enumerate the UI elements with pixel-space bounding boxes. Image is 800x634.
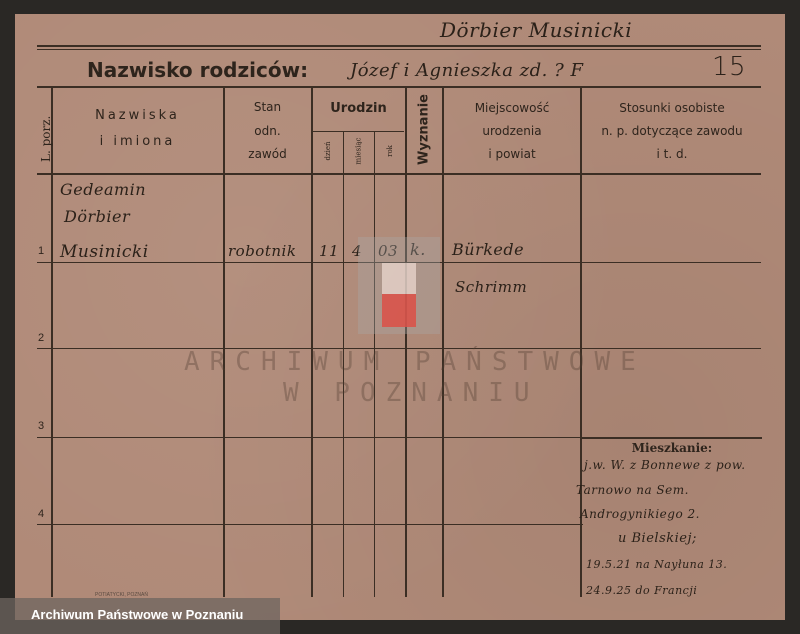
- col-line-rok: [405, 87, 407, 597]
- row1-name-line3: Musinicki: [60, 242, 149, 262]
- header-miejsc-3: i powiat: [444, 147, 580, 161]
- col-line-stan: [311, 87, 313, 597]
- header-names-2: i imiona: [52, 134, 223, 149]
- folio-number: 15: [712, 52, 746, 82]
- col-line-wyznanie: [442, 87, 444, 597]
- printer-mark: POTIATYCKI, POZNAŃ: [95, 592, 148, 598]
- mieszkanie-label: Mieszkanie:: [582, 441, 762, 455]
- archive-flag-logo: [358, 237, 440, 334]
- row-number-2: 2: [38, 332, 44, 344]
- watermark-line2: W POZNANIU: [283, 378, 540, 408]
- mieszkanie-line-3: Androgynikiego 2.: [580, 507, 700, 521]
- header-top-rule: [37, 86, 761, 88]
- row1-stan: robotnik: [228, 242, 296, 260]
- archive-caption-bar: POTIATYCKI, POZNAŃ Archiwum Państwowe w …: [0, 598, 280, 634]
- col-line-lp: [51, 87, 53, 597]
- header-stan-2: odn.: [224, 124, 311, 138]
- col-line-names: [223, 87, 225, 597]
- parents-label: Nazwisko rodziców:: [87, 58, 308, 82]
- urodzin-subline: [312, 131, 404, 132]
- header-dzien: dzień: [324, 136, 332, 166]
- header-stosunki-2: n. p. dotyczące zawodu: [582, 124, 762, 138]
- header-bottom-rule: [37, 173, 761, 175]
- header-miejsc-1: Miejscowość: [444, 101, 580, 115]
- row1-name-line1: Gedeamin: [60, 180, 146, 199]
- top-rule: [37, 45, 761, 47]
- row-line-4: [37, 524, 583, 525]
- mieszkanie-line-5: 19.5.21 na Nayłuna 13.: [586, 558, 727, 571]
- row-line-3: [37, 437, 583, 438]
- mieszkanie-line-2: Tarnowo na Sem.: [576, 483, 689, 497]
- header-miejsc-2: urodzenia: [444, 124, 580, 138]
- top-handwritten-name: Dörbier Musinicki: [440, 18, 632, 42]
- parents-value: Józef i Agnieszka zd. ? F: [350, 60, 583, 81]
- header-stan-1: Stan: [224, 100, 311, 114]
- header-stan-3: zawód: [224, 147, 311, 161]
- header-miesiac: miesiąc: [355, 136, 363, 167]
- header-urodzin: Urodzin: [312, 101, 405, 116]
- row-number-4: 4: [38, 508, 44, 520]
- row1-miejsc-1: Bürkede: [452, 240, 524, 259]
- header-stosunki-3: i t. d.: [582, 147, 762, 161]
- top-rule-thin: [37, 49, 761, 50]
- archive-caption: Archiwum Państwowe w Poznaniu: [31, 607, 243, 622]
- row-number-1: 1: [38, 245, 44, 257]
- row1-dzien: 11: [319, 242, 339, 260]
- mieszkanie-line-4: u Bielskiej;: [618, 531, 697, 546]
- mieszkanie-top-rule: [582, 437, 762, 439]
- header-lp: L. porz.: [39, 102, 53, 162]
- row1-miejsc-2: Schrimm: [455, 278, 527, 296]
- watermark-line1: ARCHIWUM PAŃSTWOWE: [184, 347, 646, 377]
- header-stosunki-1: Stosunki osobiste: [582, 101, 762, 115]
- mieszkanie-line-6: 24.9.25 do Francji: [586, 584, 697, 597]
- header-rok: rok: [386, 136, 394, 166]
- header-names-1: Nazwiska: [52, 108, 223, 123]
- mieszkanie-line-1: j.w. W. z Bonnewe z pow.: [584, 458, 746, 472]
- row1-name-line2: Dörbier: [64, 207, 130, 226]
- header-wyznanie: Wyznanie: [417, 90, 432, 170]
- row-number-3: 3: [38, 420, 44, 432]
